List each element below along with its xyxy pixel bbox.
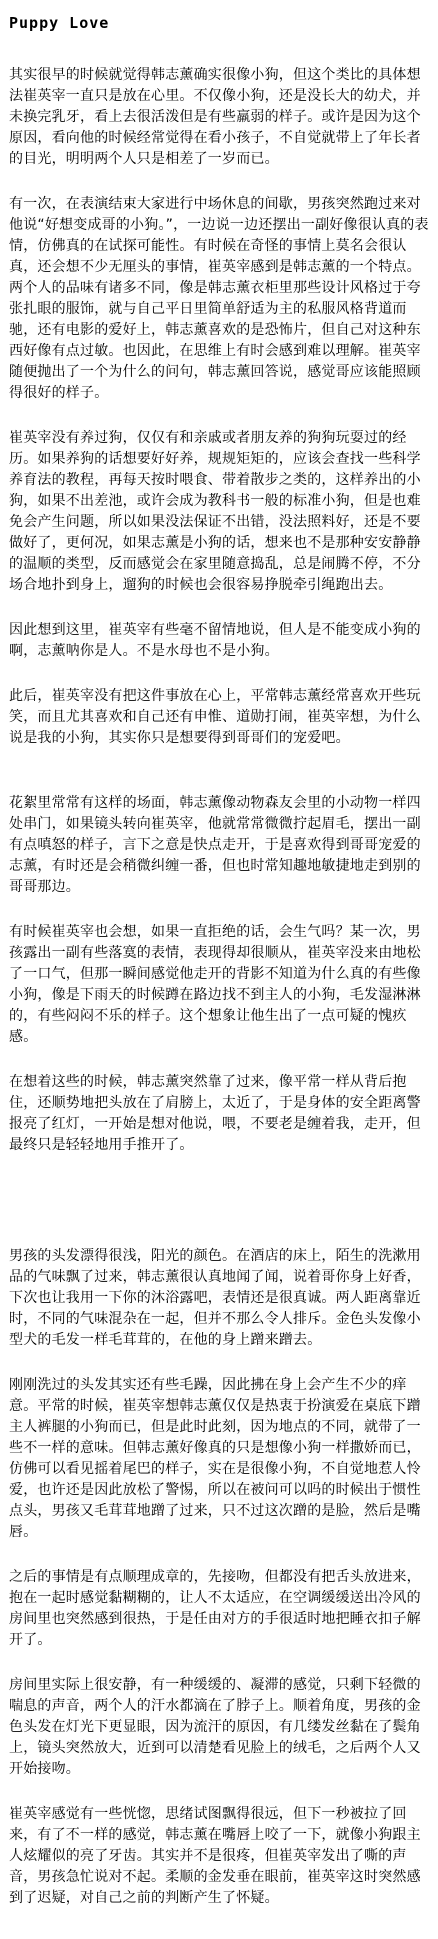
paragraph-3: 崔英宰没有养过狗，仅仅有和亲戚或者朋友养的狗狗玩耍过的经历。如果养狗的话想要好好… (9, 428, 429, 596)
paragraph-8: 在想着这些的时候，韩志薰突然靠了过来，像平常一样从背后抱住，还顺势地把头放在了肩… (9, 1072, 429, 1156)
document-title: Puppy Love (9, 14, 429, 32)
paragraph-2: 有一次，在表演结束大家进行中场休息的间歇，男孩突然跑过来对他说“好想变成哥的小狗… (9, 194, 429, 404)
paragraph-11: 之后的事情是有点顺理成章的，先接吻，但都没有把舌头放进来，抱在一起时感觉黏糊糊的… (9, 1567, 429, 1651)
paragraph-4: 因此想到这里，崔英宰有些毫不留情地说，但人是不能变成小狗的啊，志薰呐你是人。不是… (9, 620, 429, 662)
paragraph-5: 此后，崔英宰没有把这件事放在心上，平常韩志薰经常喜欢开些玩笑，而且尤其喜欢和自己… (9, 686, 429, 749)
paragraph-1: 其实很早的时候就觉得韩志薰确实很像小狗，但这个类比的具体想法崔英宰一直只是放在心… (9, 65, 429, 170)
paragraph-12: 房间里实际上很安静，有一种缓缓的、凝滞的感觉，只剩下轻微的喘息的声音，两个人的汗… (9, 1675, 429, 1780)
paragraph-13: 崔英宰感觉有一些恍惚，思绪试图飘得很远，但下一秒被拉了回来，有了不一样的感觉，韩… (9, 1804, 429, 1909)
paragraph-7: 有时候崔英宰也会想，如果一直拒绝的话，会生气吗？某一次，男孩露出一副有些落寞的表… (9, 922, 429, 1048)
paragraph-6: 花絮里常常有这样的场面，韩志薰像动物森友会里的小动物一样四处串门，如果镜头转向崔… (9, 793, 429, 898)
document-page: Puppy Love 其实很早的时候就觉得韩志薰确实很像小狗，但这个类比的具体想… (0, 0, 438, 1939)
paragraph-9: 男孩的头发漂得很浅，阳光的颜色。在酒店的床上，陌生的洗漱用品的气味飘了过来，韩志… (9, 1246, 429, 1351)
paragraph-10: 刚刚洗过的头发其实还有些毛躁，因此拂在身上会产生不少的痒意。平常的时候，崔英宰想… (9, 1375, 429, 1543)
